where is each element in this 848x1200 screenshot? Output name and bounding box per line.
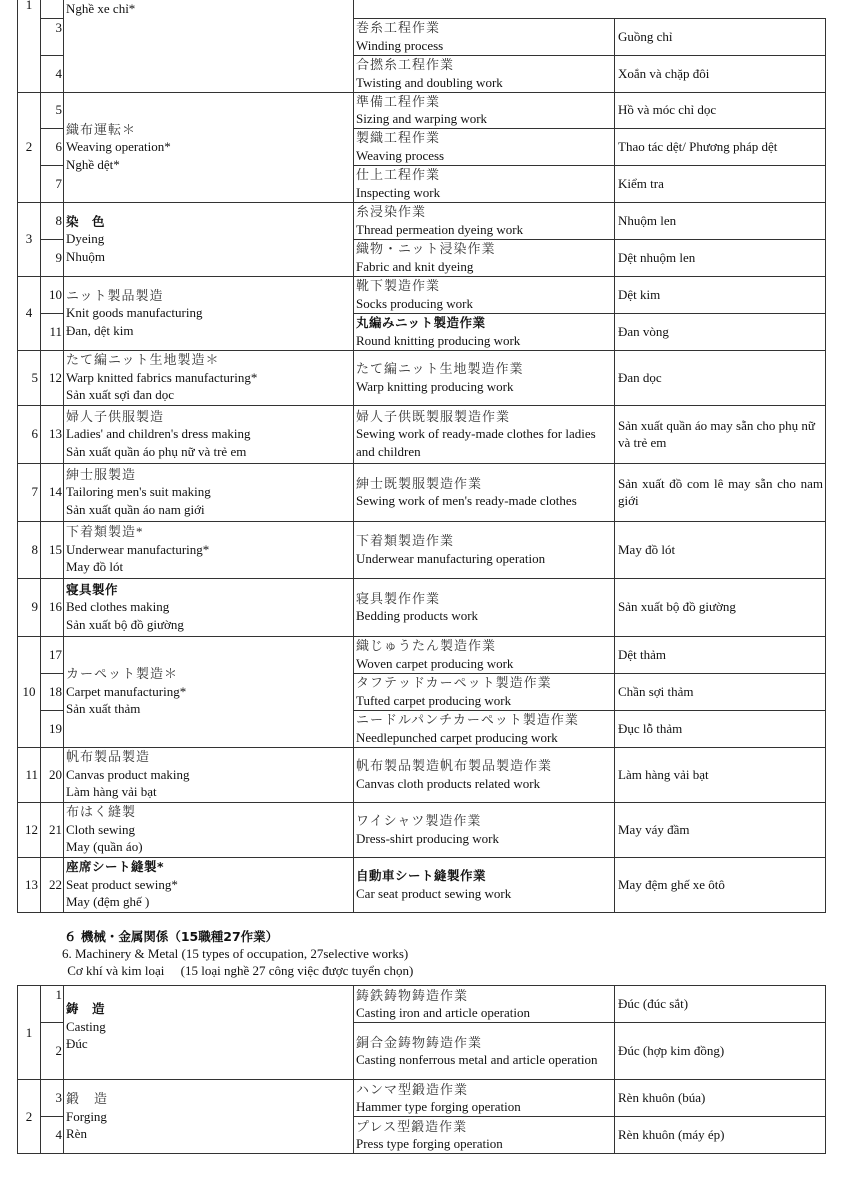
section-title-en: 6. Machinery & Metal (15 types of occupa…: [62, 945, 413, 962]
table-row: 7 14 紳士服製造Tailoring men's suit makingSản…: [18, 463, 826, 521]
work-cell: 鋳鉄鋳物鋳造作業Casting iron and article operati…: [354, 986, 615, 1023]
work-vi-cell: Dệt thảm: [615, 636, 826, 673]
work-cell: たて編ニット生地製造作業Warp knitting producing work: [354, 350, 615, 405]
work-number: 16: [41, 578, 64, 636]
work-vi-cell: Đục lỗ thảm: [615, 710, 826, 747]
work-number: 9: [41, 239, 64, 276]
work-number: 14: [41, 463, 64, 521]
group-number: 2: [18, 92, 41, 202]
table-row: 3 8 染 色DyeingNhuộm 糸浸染作業Thread permeatio…: [18, 202, 826, 239]
work-number: 7: [41, 165, 64, 202]
work-cell: 織物・ニット浸染作業Fabric and knit dyeing: [354, 239, 615, 276]
work-number: 13: [41, 405, 64, 463]
document-page: 1 Spinning operation Nghề xe chỉ* 3 巻糸工程…: [0, 0, 848, 1200]
work-number: 6: [41, 128, 64, 165]
work-number: 8: [41, 202, 64, 239]
occupation-cell: 織布運転＊Weaving operation*Nghề dệt*: [64, 92, 354, 202]
group-number: 9: [18, 578, 41, 636]
machinery-occupations-table: 1 1 鋳 造CastingĐúc 鋳鉄鋳物鋳造作業Casting iron a…: [17, 985, 826, 1154]
occupation-cell: Spinning operation Nghề xe chỉ*: [64, 0, 354, 92]
work-number: 2: [41, 1023, 64, 1080]
table-row: 6 13 婦人子供服製造Ladies' and children's dress…: [18, 405, 826, 463]
table-row: 12 21 布はく縫製Cloth sewingMay (quần áo) ワイシ…: [18, 802, 826, 857]
work-vi-cell: Đan dọc: [615, 350, 826, 405]
work-vi-cell: Sản xuất bộ đồ giường: [615, 578, 826, 636]
table-row: 13 22 座席シート縫製*Seat product sewing*May (đ…: [18, 857, 826, 912]
table-row: 9 16 寝具製作Bed clothes makingSản xuất bộ đ…: [18, 578, 826, 636]
textile-occupations-table: 1 Spinning operation Nghề xe chỉ* 3 巻糸工程…: [17, 0, 826, 913]
work-cell: 巻糸工程作業Winding process: [354, 18, 615, 55]
work-vi-cell: Đúc (đúc sắt): [615, 986, 826, 1023]
occupation-cell: 布はく縫製Cloth sewingMay (quần áo): [64, 802, 354, 857]
occupation-cell: 鍛 造ForgingRèn: [64, 1080, 354, 1154]
table-row: 4 10 ニット製品製造Knit goods manufacturingĐan,…: [18, 276, 826, 313]
work-number: 4: [41, 1117, 64, 1154]
section-title-vi: Cơ khí và kim loại (15 loại nghề 27 công…: [64, 962, 413, 979]
work-vi-cell: Kiểm tra: [615, 165, 826, 202]
work-cell: 紳士既製服製造作業Sewing work of men's ready-made…: [354, 463, 615, 521]
group-number: 1: [18, 0, 41, 92]
work-number: 4: [41, 55, 64, 92]
work-cell: ハンマ型鍛造作業Hammer type forging operation: [354, 1080, 615, 1117]
work-cell: 合撚糸工程作業Twisting and doubling work: [354, 55, 615, 92]
work-cell: ニードルパンチカーペット製造作業Needlepunched carpet pro…: [354, 710, 615, 747]
work-cell: ワイシャツ製造作業Dress-shirt producing work: [354, 802, 615, 857]
group-number: 7: [18, 463, 41, 521]
table-row: 11 20 帆布製品製造Canvas product makingLàm hàn…: [18, 747, 826, 802]
group-number: 1: [18, 986, 41, 1080]
work-cell: 銅合金鋳物鋳造作業Casting nonferrous metal and ar…: [354, 1023, 615, 1080]
table-row: 1 1 鋳 造CastingĐúc 鋳鉄鋳物鋳造作業Casting iron a…: [18, 986, 826, 1023]
table-row-partial: 1 Spinning operation Nghề xe chỉ*: [18, 0, 826, 18]
occupation-cell: 寝具製作Bed clothes makingSản xuất bộ đồ giư…: [64, 578, 354, 636]
work-number: 5: [41, 92, 64, 128]
table-row: 2 3 鍛 造ForgingRèn ハンマ型鍛造作業Hammer type fo…: [18, 1080, 826, 1117]
work-cell: 婦人子供既製服製造作業Sewing work of ready-made clo…: [354, 405, 615, 463]
work-cell: プレス型鍛造作業Press type forging operation: [354, 1117, 615, 1154]
work-vi-cell: Thao tác dệt/ Phương pháp dệt: [615, 128, 826, 165]
work-vi-cell: Dệt nhuộm len: [615, 239, 826, 276]
group-number: 3: [18, 202, 41, 276]
work-vi-cell: May đệm ghế xe ôtô: [615, 857, 826, 912]
work-vi-cell: Sản xuất đồ com lê may sẵn cho nam giới: [615, 463, 826, 521]
work-number: 20: [41, 747, 64, 802]
work-cell: 仕上工程作業Inspecting work: [354, 165, 615, 202]
work-vi-cell: May đồ lót: [615, 521, 826, 578]
table-row: 2 5 織布運転＊Weaving operation*Nghề dệt* 準備工…: [18, 92, 826, 128]
work-vi-cell: Xoắn và chặp đôi: [615, 55, 826, 92]
work-vi-cell: Dệt kim: [615, 276, 826, 313]
work-vi-cell: Guồng chỉ: [615, 18, 826, 55]
work-cell: タフテッドカーペット製造作業Tufted carpet producing wo…: [354, 673, 615, 710]
work-cell: 準備工程作業Sizing and warping work: [354, 92, 615, 128]
group-number: 6: [18, 405, 41, 463]
occupation-cell: 鋳 造CastingĐúc: [64, 986, 354, 1080]
work-number: 18: [41, 673, 64, 710]
work-vi-cell: Làm hàng vải bạt: [615, 747, 826, 802]
work-number: 15: [41, 521, 64, 578]
work-cell: 自動車シート縫製作業Car seat product sewing work: [354, 857, 615, 912]
group-number: 4: [18, 276, 41, 350]
occupation-cell: 紳士服製造Tailoring men's suit makingSản xuất…: [64, 463, 354, 521]
work-vi-cell: Rèn khuôn (máy ép): [615, 1117, 826, 1154]
work-cell: 糸浸染作業Thread permeation dyeing work: [354, 202, 615, 239]
work-number: 17: [41, 636, 64, 673]
work-number: 11: [41, 313, 64, 350]
section-title-ja: ６ 機械・金属関係（15職種27作業）: [64, 928, 413, 945]
work-vi-cell: May váy đầm: [615, 802, 826, 857]
work-vi-cell: Rèn khuôn (búa): [615, 1080, 826, 1117]
work-vi-cell: Đúc (hợp kim đồng): [615, 1023, 826, 1080]
work-vi-cell: Nhuộm len: [615, 202, 826, 239]
work-cell: 帆布製品製造帆布製品製造作業Canvas cloth products rela…: [354, 747, 615, 802]
section-heading: ６ 機械・金属関係（15職種27作業） 6. Machinery & Metal…: [64, 928, 413, 979]
work-cell: 寝具製作作業Bedding products work: [354, 578, 615, 636]
work-cell: 靴下製造作業Socks producing work: [354, 276, 615, 313]
work-cell: 丸編みニット製造作業Round knitting producing work: [354, 313, 615, 350]
work-number: 21: [41, 802, 64, 857]
work-number: 22: [41, 857, 64, 912]
work-number: 19: [41, 710, 64, 747]
work-cell: 製織工程作業Weaving process: [354, 128, 615, 165]
work-number: 10: [41, 276, 64, 313]
work-number: 1: [41, 986, 64, 1023]
occupation-cell: たて編ニット生地製造＊Warp knitted fabrics manufact…: [64, 350, 354, 405]
work-vi-cell: Hồ và móc chỉ dọc: [615, 92, 826, 128]
work-cell: 下着類製造作業Underwear manufacturing operation: [354, 521, 615, 578]
occupation-cell: カーペット製造＊Carpet manufacturing*Sản xuất th…: [64, 636, 354, 747]
table-row: 5 12 たて編ニット生地製造＊Warp knitted fabrics man…: [18, 350, 826, 405]
occupation-cell: 帆布製品製造Canvas product makingLàm hàng vải …: [64, 747, 354, 802]
occupation-cell: 婦人子供服製造Ladies' and children's dress maki…: [64, 405, 354, 463]
table-row: 10 17 カーペット製造＊Carpet manufacturing*Sản x…: [18, 636, 826, 673]
work-vi-cell: Đan vòng: [615, 313, 826, 350]
group-number: 5: [18, 350, 41, 405]
occupation-cell: 座席シート縫製*Seat product sewing*May (đệm ghế…: [64, 857, 354, 912]
table-row: 8 15 下着類製造*Underwear manufacturing*May đ…: [18, 521, 826, 578]
group-number: 12: [18, 802, 41, 857]
work-number: 3: [41, 18, 64, 55]
work-cell: 織じゅうたん製造作業Woven carpet producing work: [354, 636, 615, 673]
group-number: 2: [18, 1080, 41, 1154]
occupation-cell: ニット製品製造Knit goods manufacturingĐan, dệt …: [64, 276, 354, 350]
group-number: 11: [18, 747, 41, 802]
work-vi-cell: Sản xuất quần áo may sẵn cho phụ nữ và t…: [615, 405, 826, 463]
work-number: 3: [41, 1080, 64, 1117]
group-number: 13: [18, 857, 41, 912]
occupation-cell: 下着類製造*Underwear manufacturing*May đồ lót: [64, 521, 354, 578]
work-vi-cell: Chần sợi thảm: [615, 673, 826, 710]
group-number: 10: [18, 636, 41, 747]
group-number: 8: [18, 521, 41, 578]
occupation-cell: 染 色DyeingNhuộm: [64, 202, 354, 276]
work-number: 12: [41, 350, 64, 405]
